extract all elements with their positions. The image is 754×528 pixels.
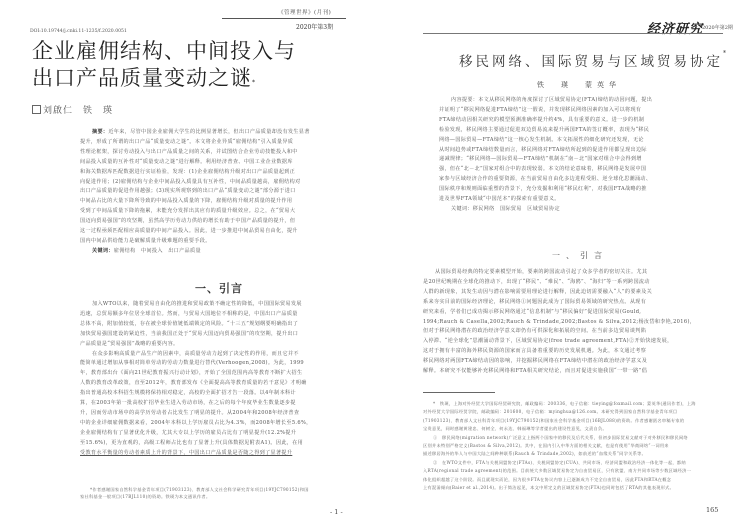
header-rule [423,33,723,34]
keywords: 关键词：雇佣结构 中间投入 出口产品质量 [80,247,344,257]
title-footnote-mark: * [252,79,256,86]
footnotes: * 铁瑛，上海对外经贸大学国际经贸研究院，邮政编码：200336，电子信箱：ti… [423,400,723,492]
section-heading-introduction: 一、引言 [195,280,243,296]
page-number: 165 [706,506,718,514]
header-rule [222,18,346,19]
journal-name: 《管理世界》(月刊) [278,8,331,16]
body-text: 加入WTO以来，随着贸易自由化的推进和贸易政策不确定性的降低，中国国际贸易发展 … [80,300,344,459]
footnote-2: ② 在WTO文件中，FTA与关税同盟协定(FTAs)、关税同盟协定(CUA)、共… [423,459,723,493]
issue-number: 2020年第2期 [702,24,733,31]
issue-number: 2020年第3期 [296,22,333,31]
keywords: 关键词：移民网络 国际贸易 区域贸易协定 [439,205,709,215]
authors: 铁 瑛 蒙英华 [537,80,621,90]
abstract: 内容提要：本文从移民网络的角度探讨了区域贸易协定(FTA)缔结的动因问题，提出 … [439,96,709,215]
abstract: 摘要：近年来，尽管中国企业雇佣大学生的比例显著增长，但出口产品质量却没有发生显著… [80,128,344,257]
abstract-label: 内容提要： [451,97,478,103]
body-text: 从国际贸易经典的特定要素模型开始，要素的跨国流动引起了众多学者的密切关注。尤其 … [423,268,723,377]
right-article-page: 经济研究 2020年第2期 移民网络、国际贸易与区域贸易协定* 铁 瑛 蒙英华 … [377,0,754,528]
title-line-1: 企业雇佣结构、中间投入与 [32,38,296,65]
page-number: - 1 - [330,508,343,516]
footnote-author: * 铁瑛，上海对外经贸大学国际经贸研究院，邮政编码：200336，电子信箱：ti… [423,400,723,434]
authors: 刘啟仁 铁 瑛 [32,103,113,116]
footnote: *作者感谢国家自然科学基金青年项目(71903123)、教育部人文社会科学研究青… [80,486,344,500]
abstract-label: 摘要： [92,129,108,135]
left-article-page: DOI:10.19744/j.cnki.11-1235/f.2020.0051 … [0,0,377,528]
footnote-1: ① 移民网络(migration network)广泛意义上指两个国家中的移民及… [423,434,723,459]
section-heading-introduction: 一、引言 [552,250,608,261]
title-line-2: 出口产品质量变动之谜* [32,65,296,92]
underlined-line: 受教育水平衡量的劳动者素质上升的背景下，中国出口产品质量是否随之得到了显著提升 [80,449,344,459]
article-title: 移民网络、国际贸易与区域贸易协定* [459,50,729,70]
journal-logo: 经济研究 [647,18,703,37]
doi-text: DOI:10.19744/j.cnki.11-1235/f.2020.0051 [30,30,127,35]
square-bullet-icon [32,105,41,114]
footnote-rule [423,392,495,393]
article-title: 企业雇佣结构、中间投入与 出口产品质量变动之谜* [32,38,296,92]
title-footnote-mark: * [723,50,729,57]
